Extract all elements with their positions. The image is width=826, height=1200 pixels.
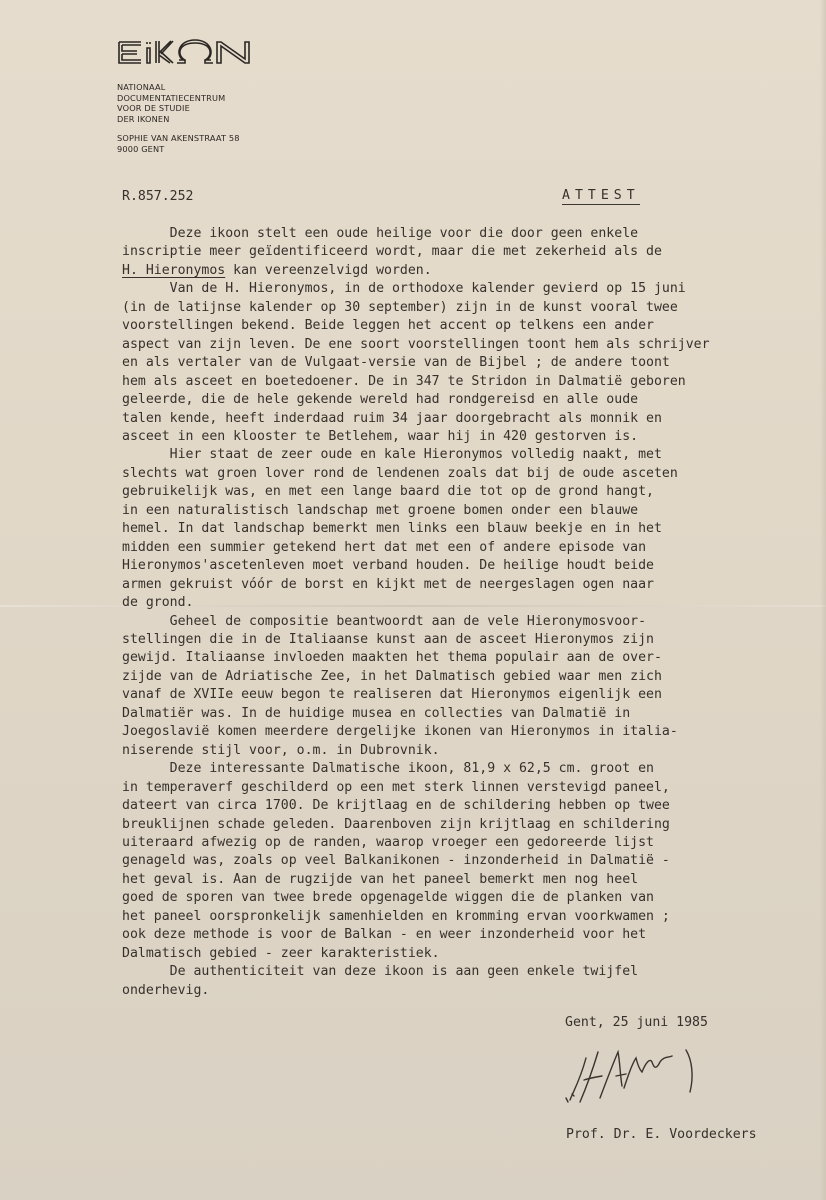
org-line: DER IKONEN bbox=[117, 114, 255, 125]
letter-body: Deze ikoon stelt een oude heilige voor d… bbox=[122, 225, 822, 1000]
body-line: voorstellingen bekend. Beide leggen het … bbox=[122, 318, 654, 333]
body-line: Joegoslavië komen meerdere dergelijke ik… bbox=[122, 724, 678, 739]
body-line: slechts wat groen lover rond de lendenen… bbox=[122, 466, 678, 481]
org-line: DOCUMENTATIECENTRUM bbox=[117, 93, 255, 104]
body-line: het paneel oorspronkelijk samenhielden e… bbox=[122, 909, 670, 924]
body-line: in temperaverf geschilderd op een met st… bbox=[122, 780, 670, 795]
body-line: Deze ikoon stelt een oude heilige voor d… bbox=[122, 226, 638, 241]
body-line: zijde van de Adriatische Zee, in het Dal… bbox=[122, 669, 662, 684]
body-line: gewijd. Italiaanse invloeden maakten het… bbox=[122, 650, 662, 665]
body-line: Geheel de compositie beantwoordt aan de … bbox=[122, 614, 646, 629]
body-line: aspect van zijn leven. De ene soort voor… bbox=[122, 337, 710, 352]
body-line: en als vertaler van de Vulgaat-versie va… bbox=[122, 355, 670, 370]
body-line: breuklijnen schade geleden. Daarenboven … bbox=[122, 817, 670, 832]
body-line: Dalmatiër was. In de huidige musea en co… bbox=[122, 706, 630, 721]
body-line: Van de H. Hieronymos, in de orthodoxe ka… bbox=[122, 281, 686, 296]
body-line: het geval is. Aan de rugzijde van het pa… bbox=[122, 872, 638, 887]
body-line: dateert van circa 1700. De krijtlaag en … bbox=[122, 798, 670, 813]
body-line: hemel. In dat landschap bemerkt men link… bbox=[122, 521, 662, 536]
body-line: (in de latijnse kalender op 30 september… bbox=[122, 300, 678, 315]
address: SOPHIE VAN AKENSTRAAT 58 9000 GENT bbox=[117, 133, 255, 154]
body-line: uiteraard afwezig op de randen, waarop v… bbox=[122, 835, 654, 850]
place-date: Gent, 25 juni 1985 bbox=[565, 1015, 708, 1030]
letterhead: NATIONAAL DOCUMENTATIECENTRUM VOOR DE ST… bbox=[117, 38, 255, 155]
address-line: SOPHIE VAN AKENSTRAAT 58 bbox=[117, 133, 255, 144]
underlined-saint-name: H. Hieronymos bbox=[122, 263, 225, 278]
body-line: Dalmatisch gebied - zeer karakteristiek. bbox=[122, 946, 440, 961]
body-line: kan vereenzelvigd worden. bbox=[225, 263, 431, 278]
body-line: armen gekruist vóór de borst en kijkt me… bbox=[122, 577, 654, 592]
body-line: Deze interessante Dalmatische ikoon, 81,… bbox=[122, 761, 654, 776]
body-line: Hieronymos'ascetenleven moet verband hou… bbox=[122, 558, 654, 573]
organization-name: NATIONAAL DOCUMENTATIECENTRUM VOOR DE ST… bbox=[117, 82, 255, 155]
document-title: ATTEST bbox=[562, 188, 640, 205]
body-line: vanaf de XVIIe eeuw begon te realiseren … bbox=[122, 687, 662, 702]
body-line: geleerde, die de hele gekende wereld had… bbox=[122, 392, 638, 407]
body-line: niserende stijl voor, o.m. in Dubrovnik. bbox=[122, 743, 440, 758]
body-line: Hier staat de zeer oude en kale Hieronym… bbox=[122, 447, 662, 462]
body-line: asceet in een klooster te Betlehem, waar… bbox=[122, 429, 638, 444]
body-line: ook deze methode is voor de Balkan - en … bbox=[122, 927, 646, 942]
body-line: De authenticiteit van deze ikoon is aan … bbox=[122, 964, 638, 979]
org-line: NATIONAAL bbox=[117, 82, 255, 93]
signature-icon bbox=[560, 1040, 720, 1110]
org-line: VOOR DE STUDIE bbox=[117, 103, 255, 114]
body-line: in een naturalistisch landschap met groe… bbox=[122, 503, 638, 518]
body-line: midden een summier getekend hert dat met… bbox=[122, 540, 646, 555]
body-line: gebruikelijk was, en met een lange baard… bbox=[122, 484, 654, 499]
body-line: hem als asceet en boetedoener. De in 347… bbox=[122, 374, 686, 389]
body-line: stellingen die in de Italiaanse kunst aa… bbox=[122, 632, 654, 647]
body-line: talen kende, heeft inderdaad ruim 34 jaa… bbox=[122, 411, 662, 426]
body-line: goed de sporen van twee brede opgenageld… bbox=[122, 890, 654, 905]
address-line: 9000 GENT bbox=[117, 144, 255, 155]
body-line: genageld was, zoals op veel Balkanikonen… bbox=[122, 853, 670, 868]
signer-name: Prof. Dr. E. Voordeckers bbox=[566, 1127, 757, 1142]
body-line: onderhevig. bbox=[122, 983, 209, 998]
body-line: de grond. bbox=[122, 595, 193, 610]
eikon-logo-icon bbox=[117, 38, 255, 66]
reference-number: R.857.252 bbox=[122, 189, 193, 204]
body-line: inscriptie meer geïdentificeerd wordt, m… bbox=[122, 244, 662, 259]
